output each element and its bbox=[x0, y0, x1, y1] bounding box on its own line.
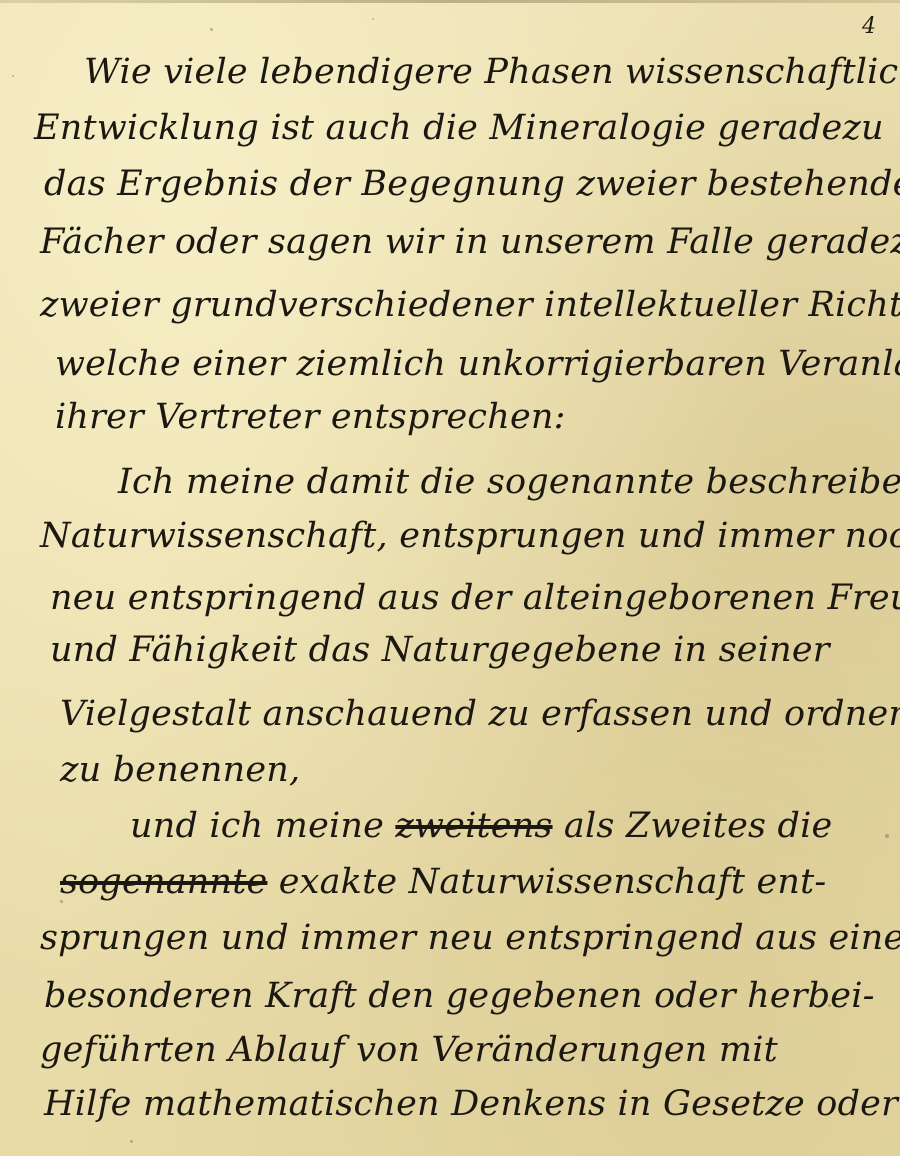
line-14-text-after: als Zweites die bbox=[553, 806, 833, 846]
manuscript-line-5: zweier grundverschiedener intellektuelle… bbox=[40, 285, 900, 325]
manuscript-line-16: sprungen und immer neu entspringend aus … bbox=[40, 918, 900, 958]
manuscript-line-2: Entwicklung ist auch die Mineralogie ger… bbox=[34, 108, 884, 148]
manuscript-line-10: neu entspringend aus der alteingeborenen… bbox=[50, 578, 900, 618]
page-number: 4 bbox=[862, 14, 876, 39]
manuscript-page: 4 Wie viele lebendigere Phasen wissensch… bbox=[0, 0, 900, 1156]
manuscript-line-15: sogenannte exakte Naturwissenschaft ent- bbox=[60, 862, 826, 902]
manuscript-line-6: welche einer ziemlich unkorrigierbaren V… bbox=[55, 344, 900, 384]
manuscript-line-13: zu benennen, bbox=[60, 750, 300, 790]
struck-out-word: sogenannte bbox=[60, 862, 267, 902]
manuscript-line-7: ihrer Vertreter entsprechen: bbox=[55, 397, 566, 437]
paper-speck bbox=[60, 900, 63, 903]
paper-speck bbox=[210, 28, 213, 31]
paper-speck bbox=[885, 834, 889, 838]
paper-speck bbox=[130, 1140, 133, 1143]
paper-speck bbox=[12, 75, 14, 77]
struck-out-word: zweitens bbox=[395, 806, 552, 846]
manuscript-line-4: Fächer oder sagen wir in unserem Falle g… bbox=[40, 222, 900, 262]
manuscript-line-17: besonderen Kraft den gegebenen oder herb… bbox=[44, 976, 875, 1016]
manuscript-line-9: Naturwissenschaft, entsprungen und immer… bbox=[40, 516, 900, 556]
paper-speck bbox=[828, 1004, 831, 1007]
paper-speck bbox=[372, 18, 374, 20]
manuscript-line-8: Ich meine damit die sogenannte beschreib… bbox=[118, 462, 900, 502]
line-15-text-after: exakte Naturwissenschaft ent- bbox=[267, 862, 826, 902]
manuscript-line-12: Vielgestalt anschauend zu erfassen und o… bbox=[60, 694, 900, 734]
manuscript-line-18: geführten Ablauf von Veränderungen mit bbox=[40, 1030, 778, 1070]
manuscript-line-19: Hilfe mathematischen Denkens in Gesetze … bbox=[44, 1084, 898, 1124]
manuscript-line-3: das Ergebnis der Begegnung zweier besteh… bbox=[44, 164, 900, 204]
line-14-text-before: und ich meine bbox=[130, 806, 395, 846]
manuscript-line-11: und Fähigkeit das Naturgegebene in seine… bbox=[50, 630, 830, 670]
manuscript-line-14: und ich meine zweitens als Zweites die bbox=[130, 806, 832, 846]
manuscript-line-1: Wie viele lebendigere Phasen wissenschaf… bbox=[84, 52, 900, 92]
page-top-edge bbox=[0, 0, 900, 3]
